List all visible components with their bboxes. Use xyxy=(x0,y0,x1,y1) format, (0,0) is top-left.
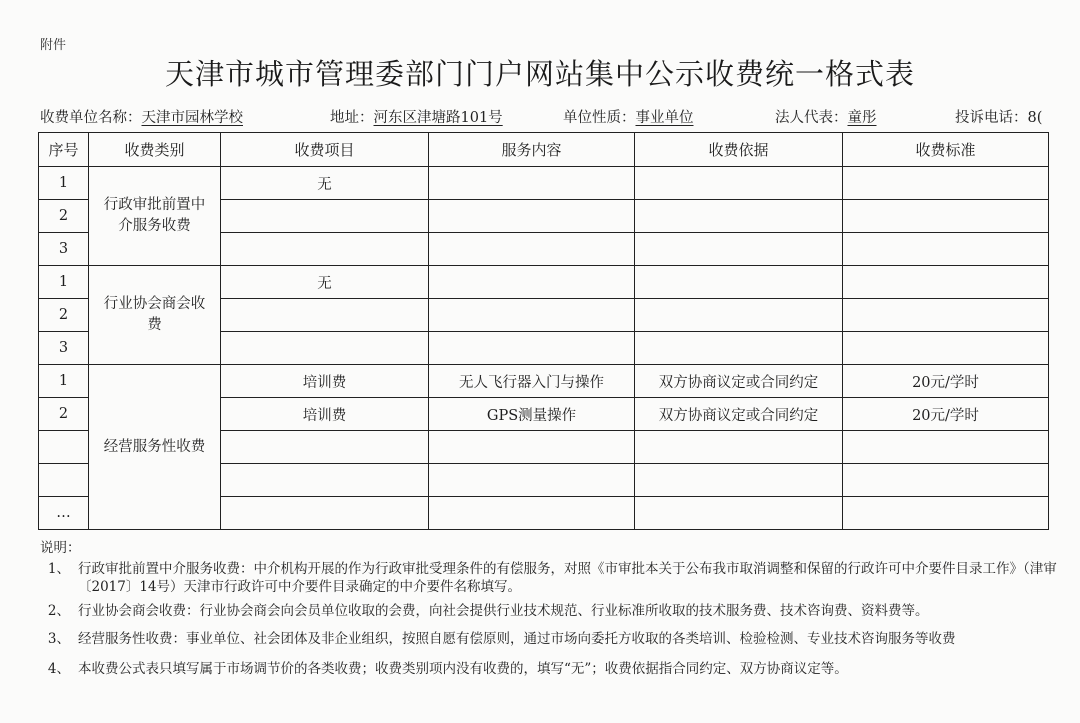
col-header-item: 收费项目 xyxy=(221,133,429,167)
note-item: 3、 经营服务性收费：事业单位、社会团体及非企业组织，按照自愿有偿原则，通过市场… xyxy=(40,630,1060,648)
unit-name-field: 收费单位名称：天津市园林学校 xyxy=(40,106,243,127)
cell-item: 培训费 xyxy=(221,365,429,398)
col-header-basis: 收费依据 xyxy=(635,133,843,167)
cell-basis: 双方协商议定或合同约定 xyxy=(635,365,843,398)
cell-no: 3 xyxy=(39,233,89,266)
note-number: 2、 xyxy=(40,602,78,620)
cell-no xyxy=(39,464,89,497)
cell-no: 1 xyxy=(39,167,89,200)
legal-rep-field: 法人代表：童彤 xyxy=(775,106,877,127)
cell-standard: 20元/学时 xyxy=(843,365,1049,398)
cell-no: 2 xyxy=(39,200,89,233)
cell-content xyxy=(429,266,635,299)
cell-content xyxy=(429,299,635,332)
cell-content xyxy=(429,431,635,464)
cell-basis xyxy=(635,497,843,530)
cell-item: 无 xyxy=(221,266,429,299)
cell-item xyxy=(221,332,429,365)
note-text: 本收费公式表只填写属于市场调节价的各类收费；收费类别项内没有收费的，填写“无”；… xyxy=(78,660,1060,678)
complaint-phone-value: 8( xyxy=(1028,110,1043,126)
cell-item xyxy=(221,431,429,464)
note-item: 2、 行业协会商会收费：行业协会商会向会员单位收取的会费，向社会提供行业技术规范… xyxy=(40,602,1060,620)
cell-content xyxy=(429,200,635,233)
note-text: 行政审批前置中介服务收费：中介机构开展的作为行政审批受理条件的有偿服务，对照《市… xyxy=(78,560,1060,596)
cell-item xyxy=(221,299,429,332)
cell-no: 1 xyxy=(39,365,89,398)
complaint-phone-field: 投诉电话：8( xyxy=(955,106,1042,127)
cell-standard xyxy=(843,167,1049,200)
cell-no: 2 xyxy=(39,398,89,431)
attachment-label: 附件 xyxy=(40,34,66,53)
cell-item: 培训费 xyxy=(221,398,429,431)
cell-content xyxy=(429,233,635,266)
note-item: 4、 本收费公式表只填写属于市场调节价的各类收费；收费类别项内没有收费的，填写“… xyxy=(40,660,1060,678)
unit-name-label: 收费单位名称： xyxy=(40,110,142,126)
cell-no: … xyxy=(39,497,89,530)
address-value: 河东区津塘路101号 xyxy=(374,110,503,126)
unit-name-value: 天津市园林学校 xyxy=(142,110,244,126)
note-text: 行业协会商会收费：行业协会商会向会员单位收取的会费，向社会提供行业技术规范、行业… xyxy=(78,602,1060,620)
cell-item xyxy=(221,233,429,266)
legal-rep-label: 法人代表： xyxy=(775,110,848,126)
note-number: 1、 xyxy=(40,560,78,596)
unit-type-field: 单位性质：事业单位 xyxy=(563,106,694,127)
cell-no: 2 xyxy=(39,299,89,332)
cell-item: 无 xyxy=(221,167,429,200)
note-number: 3、 xyxy=(40,630,78,648)
cell-no xyxy=(39,431,89,464)
cell-no: 3 xyxy=(39,332,89,365)
cell-basis xyxy=(635,200,843,233)
cell-content xyxy=(429,497,635,530)
page-title: 天津市城市管理委部门门户网站集中公示收费统一格式表 xyxy=(0,52,1080,93)
table-row: 1 行政审批前置中介服务收费 无 xyxy=(39,167,1049,200)
complaint-phone-label: 投诉电话： xyxy=(955,110,1028,126)
cell-item xyxy=(221,200,429,233)
note-item: 1、 行政审批前置中介服务收费：中介机构开展的作为行政审批受理条件的有偿服务，对… xyxy=(40,560,1060,596)
cell-basis: 双方协商议定或合同约定 xyxy=(635,398,843,431)
cell-category: 行政审批前置中介服务收费 xyxy=(89,167,221,266)
cell-standard xyxy=(843,497,1049,530)
cell-content xyxy=(429,167,635,200)
col-header-standard: 收费标准 xyxy=(843,133,1049,167)
cell-basis xyxy=(635,464,843,497)
cell-standard xyxy=(843,431,1049,464)
cell-item xyxy=(221,464,429,497)
note-text: 经营服务性收费：事业单位、社会团体及非企业组织，按照自愿有偿原则，通过市场向委托… xyxy=(78,630,1060,648)
table-row: 1 经营服务性收费 培训费 无人飞行器入门与操作 双方协商议定或合同约定 20元… xyxy=(39,365,1049,398)
notes-section: 说明： 1、 行政审批前置中介服务收费：中介机构开展的作为行政审批受理条件的有偿… xyxy=(40,536,1060,678)
table-header-row: 序号 收费类别 收费项目 服务内容 收费依据 收费标准 xyxy=(39,133,1049,167)
legal-rep-value: 童彤 xyxy=(848,110,877,126)
cell-content: 无人飞行器入门与操作 xyxy=(429,365,635,398)
cell-basis xyxy=(635,332,843,365)
col-header-no: 序号 xyxy=(39,133,89,167)
cell-basis xyxy=(635,167,843,200)
cell-content xyxy=(429,332,635,365)
cell-standard xyxy=(843,200,1049,233)
cell-no: 1 xyxy=(39,266,89,299)
cell-standard xyxy=(843,332,1049,365)
cell-standard xyxy=(843,299,1049,332)
cell-content: GPS测量操作 xyxy=(429,398,635,431)
cell-standard: 20元/学时 xyxy=(843,398,1049,431)
cell-basis xyxy=(635,431,843,464)
address-label: 地址： xyxy=(330,110,374,126)
cell-standard xyxy=(843,266,1049,299)
cell-basis xyxy=(635,233,843,266)
notes-heading: 说明： xyxy=(40,536,1060,556)
unit-type-value: 事业单位 xyxy=(636,110,694,126)
fee-table: 序号 收费类别 收费项目 服务内容 收费依据 收费标准 1 行政审批前置中介服务… xyxy=(38,132,1049,530)
note-number: 4、 xyxy=(40,660,78,678)
col-header-content: 服务内容 xyxy=(429,133,635,167)
address-field: 地址：河东区津塘路101号 xyxy=(330,106,503,127)
cell-standard xyxy=(843,464,1049,497)
cell-basis xyxy=(635,299,843,332)
cell-category: 行业协会商会收费 xyxy=(89,266,221,365)
cell-category: 经营服务性收费 xyxy=(89,365,221,530)
unit-type-label: 单位性质： xyxy=(563,110,636,126)
cell-basis xyxy=(635,266,843,299)
cell-content xyxy=(429,464,635,497)
col-header-category: 收费类别 xyxy=(89,133,221,167)
cell-item xyxy=(221,497,429,530)
cell-standard xyxy=(843,233,1049,266)
table-row: 1 行业协会商会收费 无 xyxy=(39,266,1049,299)
